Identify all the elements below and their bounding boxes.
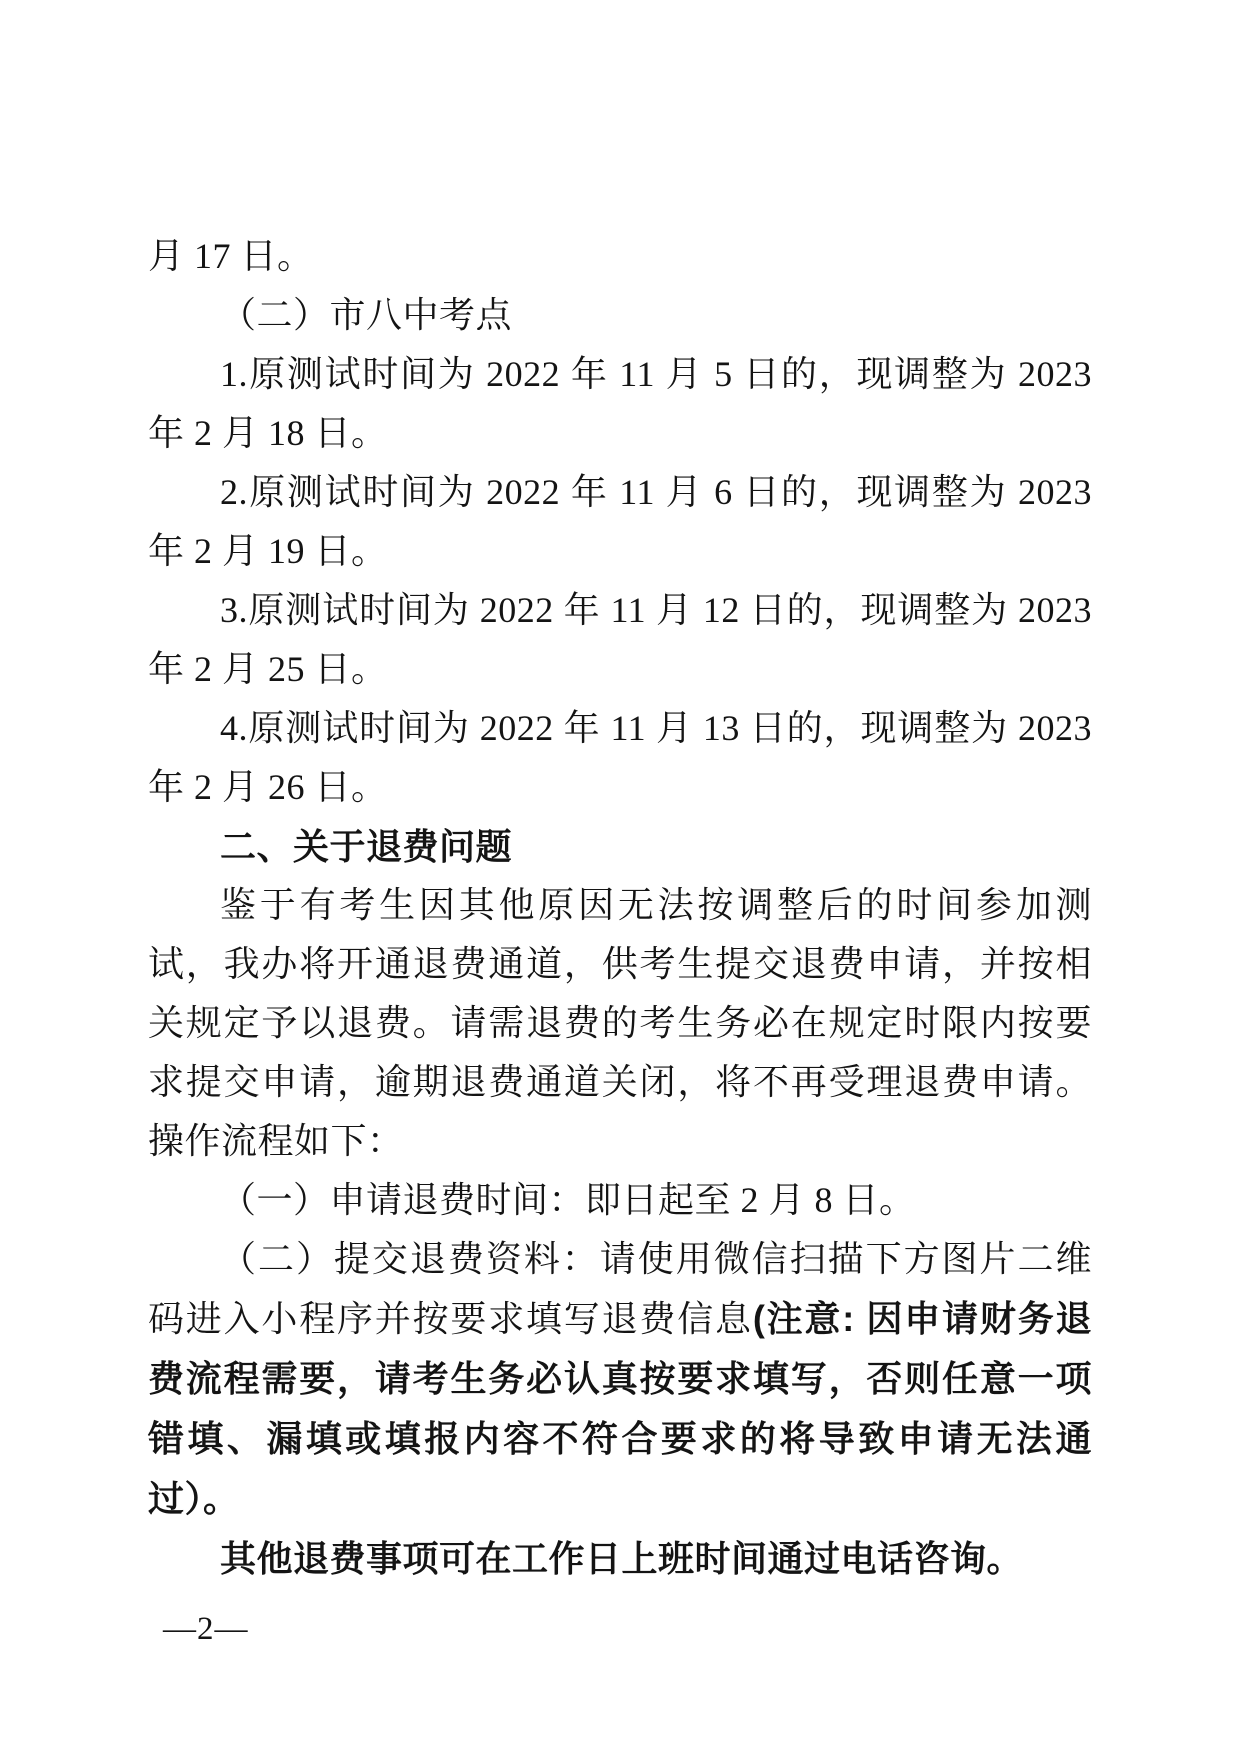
paragraph-subheading-site-no8: （二）市八中考点 xyxy=(148,286,1092,345)
paragraph-refund-intro: 鉴于有考生因其他原因无法按调整后的时间参加测试，我办将开通退费通道，供考生提交退… xyxy=(148,876,1092,1171)
paragraph-item-4: 4.原测试时间为 2022 年 11 月 13 日的，现调整为 2023 年 2… xyxy=(148,699,1092,817)
paragraph-item-2: 2.原测试时间为 2022 年 11 月 6 日的，现调整为 2023 年 2 … xyxy=(148,463,1092,581)
document-body: 月 17 日。 （二）市八中考点 1.原测试时间为 2022 年 11 月 5 … xyxy=(148,227,1092,1588)
paragraph-refund-materials: （二）提交退费资料：请使用微信扫描下方图片二维码进入小程序并按要求填写退费信息(… xyxy=(148,1230,1092,1529)
paragraph-item-3: 3.原测试时间为 2022 年 11 月 12 日的，现调整为 2023 年 2… xyxy=(148,581,1092,699)
section-heading-refund: 二、关于退费问题 xyxy=(148,817,1092,876)
page-number: —2— xyxy=(163,1608,249,1650)
paragraph-refund-time: （一）申请退费时间：即日起至 2 月 8 日。 xyxy=(148,1171,1092,1230)
paragraph-phone-inquiry: 其他退费事项可在工作日上班时间通过电话咨询。 xyxy=(148,1529,1092,1588)
paragraph-continuation-month-17: 月 17 日。 xyxy=(148,227,1092,286)
paragraph-item-1: 1.原测试时间为 2022 年 11 月 5 日的，现调整为 2023 年 2 … xyxy=(148,345,1092,463)
document-page: 月 17 日。 （二）市八中考点 1.原测试时间为 2022 年 11 月 5 … xyxy=(0,0,1240,1754)
